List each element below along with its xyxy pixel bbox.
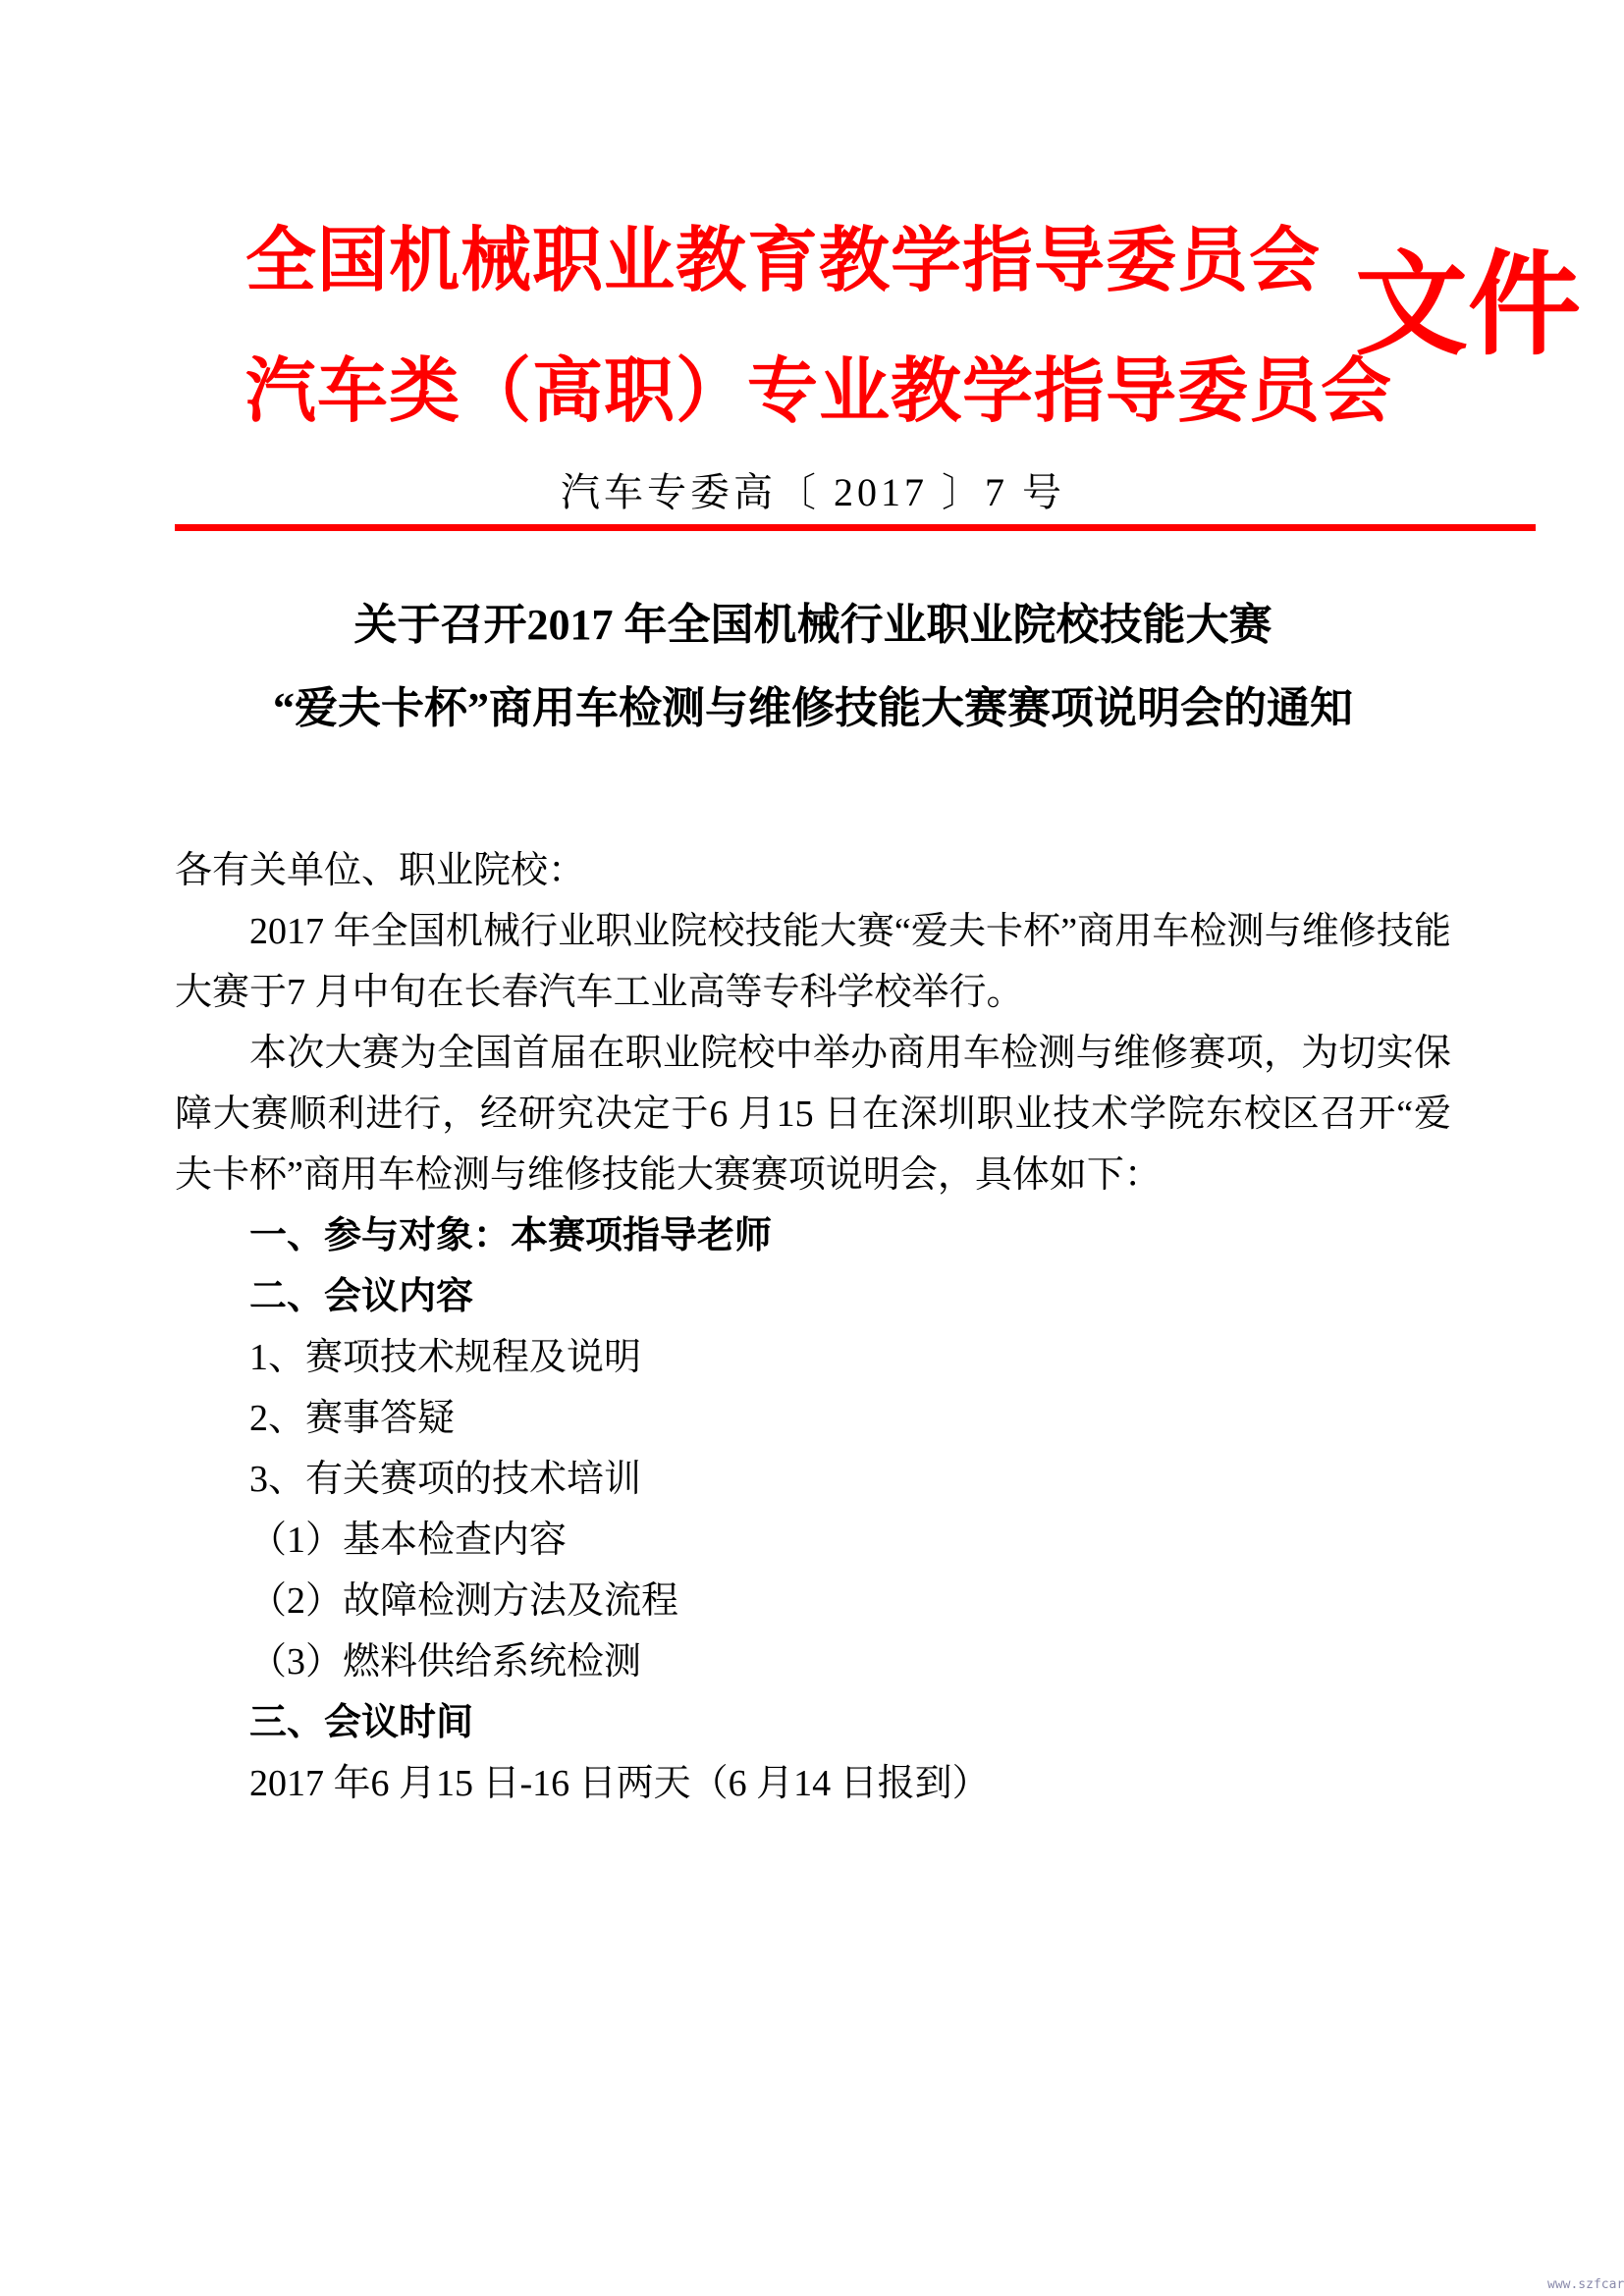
org-name-line2: 汽车类（高职）专业教学指导委员会 [245, 327, 1451, 457]
section-2-heading: 二、会议内容 [175, 1266, 1451, 1327]
list-item: 1、赛项技术规程及说明 [175, 1327, 1451, 1388]
section-3-heading: 三、会议时间 [175, 1692, 1451, 1753]
letterhead-rule [175, 524, 1536, 531]
letterhead: 全国机械职业教育教学指导委员会 汽车类（高职）专业教学指导委员会 [175, 196, 1451, 457]
document-content: 全国机械职业教育教学指导委员会 汽车类（高职）专业教学指导委员会 汽车专委高〔 … [175, 196, 1451, 1814]
list-item: 2、赛事答疑 [175, 1388, 1451, 1449]
list-item: 3、有关赛项的技术培训 [175, 1449, 1451, 1510]
letterhead-doc-label: 文件 [1355, 247, 1581, 365]
list-item: （3）燃料供给系统检测 [175, 1631, 1451, 1692]
doc-number: 汽车专委高〔 2017 〕7 号 [175, 465, 1451, 520]
document-title-line2: “爱夫卡杯”商用车检测与维修技能大赛赛项说明会的通知 [175, 667, 1451, 750]
paragraph-1: 2017 年全国机械行业职业院校技能大赛“爱夫卡杯”商用车检测与维修技能大赛于7… [175, 901, 1451, 1023]
document-title: 关于召开2017 年全国机械行业职业院校技能大赛 “爱夫卡杯”商用车检测与维修技… [175, 583, 1451, 750]
letterhead-org-lines: 全国机械职业教育教学指导委员会 汽车类（高职）专业教学指导委员会 [245, 196, 1451, 457]
document-title-line1: 关于召开2017 年全国机械行业职业院校技能大赛 [175, 583, 1451, 667]
paragraph-2: 本次大赛为全国首届在职业院校中举办商用车检测与维修赛项，为切实保障大赛顺利进行，… [175, 1023, 1451, 1205]
section-3-time: 2017 年6 月15 日-16 日两天（6 月14 日报到） [175, 1753, 1451, 1814]
document-body: 各有关单位、职业院校： 2017 年全国机械行业职业院校技能大赛“爱夫卡杯”商用… [175, 840, 1451, 1814]
list-item: （1）基本检查内容 [175, 1510, 1451, 1571]
watermark: www.szfcar.com [1547, 2278, 1624, 2292]
org-name-line1: 全国机械职业教育教学指导委员会 [245, 196, 1451, 327]
document-page: 文件 全国机械职业教育教学指导委员会 汽车类（高职）专业教学指导委员会 汽车专委… [0, 0, 1624, 2296]
section-1-heading: 一、参与对象：本赛项指导老师 [175, 1205, 1451, 1266]
salutation: 各有关单位、职业院校： [175, 840, 1451, 901]
list-item: （2）故障检测方法及流程 [175, 1571, 1451, 1631]
